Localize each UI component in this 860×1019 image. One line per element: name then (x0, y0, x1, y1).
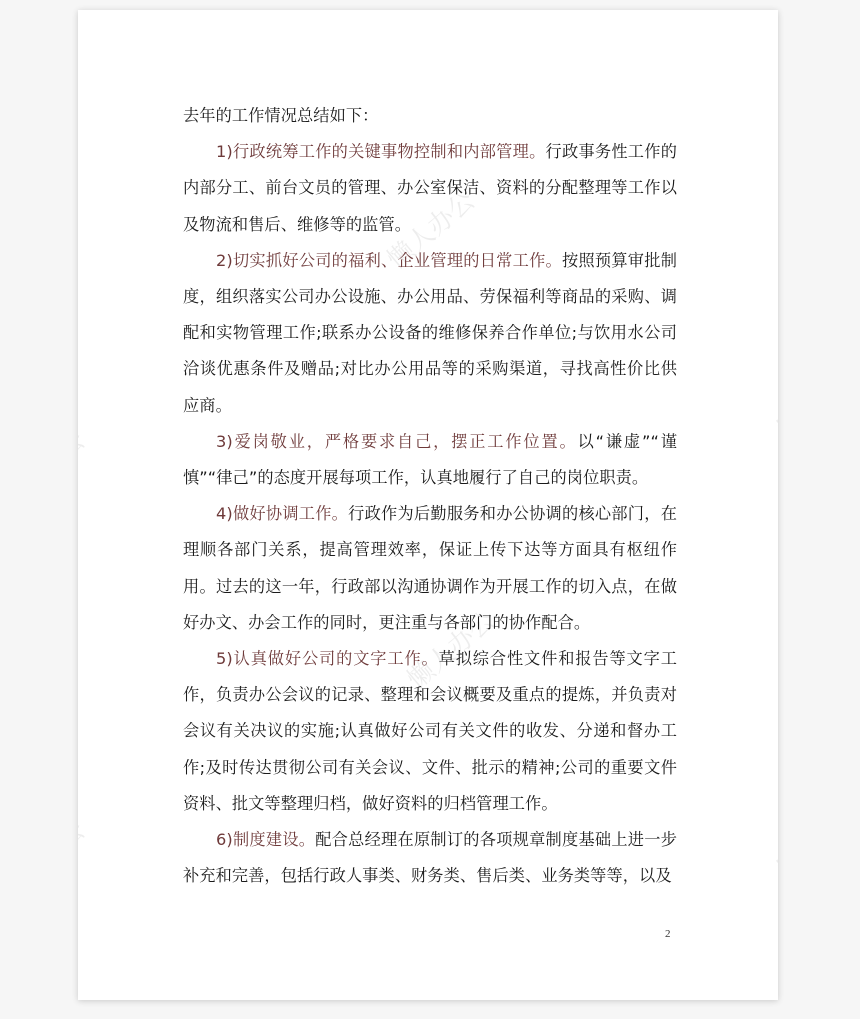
document-viewer: 懒人办公 懒人办公 懒人办公 懒人办公 懒人办公 懒人办公 去年的工作情况总结如… (0, 0, 860, 1019)
section-paragraph: 5)认真做好公司的文字工作。草拟综合性文件和报告等文字工作，负责办公会议的记录、… (183, 641, 677, 822)
section-heading: 5)认真做好公司的文字工作。 (216, 649, 439, 668)
section-paragraph: 2)切实抓好公司的福利、企业管理的日常工作。按照预算审批制度，组织落实公司办公设… (183, 243, 677, 424)
watermark: 懒人办公 (768, 351, 778, 446)
watermark: 懒人办公 (768, 791, 778, 886)
section-heading: 4)做好协调工作。 (216, 504, 348, 523)
section-heading: 2)切实抓好公司的福利、企业管理的日常工作。 (216, 251, 562, 270)
section-body: 按照预算审批制度，组织落实公司办公设施、办公用品、劳保福利等商品的采购、调配和实… (183, 251, 677, 415)
section-paragraph: 6)制度建设。配合总经理在原制订的各项规章制度基础上进一步补充和完善，包括行政人… (183, 822, 677, 894)
page-number: 2 (665, 928, 671, 940)
section-body: 行政作为后勤服务和办公协调的核心部门，在理顺各部门关系，提高管理效率，保证上传下… (183, 504, 677, 632)
document-body: 去年的工作情况总结如下： 1)行政统筹工作的关键事物控制和内部管理。行政事务性工… (183, 98, 677, 894)
section-paragraph: 4)做好协调工作。行政作为后勤服务和办公协调的核心部门，在理顺各部门关系，提高管… (183, 496, 677, 641)
section-paragraph: 1)行政统筹工作的关键事物控制和内部管理。行政事务性工作的内部分工、前台文员的管… (183, 134, 677, 243)
intro-paragraph: 去年的工作情况总结如下： (183, 98, 677, 134)
watermark: 懒人办公 (78, 811, 92, 906)
watermark: 懒人办公 (78, 421, 92, 516)
document-page: 懒人办公 懒人办公 懒人办公 懒人办公 懒人办公 懒人办公 去年的工作情况总结如… (78, 10, 778, 1000)
section-heading: 1)行政统筹工作的关键事物控制和内部管理。 (216, 142, 546, 161)
section-heading: 3)爱岗敬业，严格要求自己，摆正工作位置。 (216, 432, 578, 451)
section-paragraph: 3)爱岗敬业，严格要求自己，摆正工作位置。以“谦虚”“谨慎”“律己”的态度开展每… (183, 424, 677, 496)
section-body: 草拟综合性文件和报告等文字工作，负责办公会议的记录、整理和会议概要及重点的提炼，… (183, 649, 677, 813)
section-heading: 6)制度建设。 (216, 830, 315, 849)
